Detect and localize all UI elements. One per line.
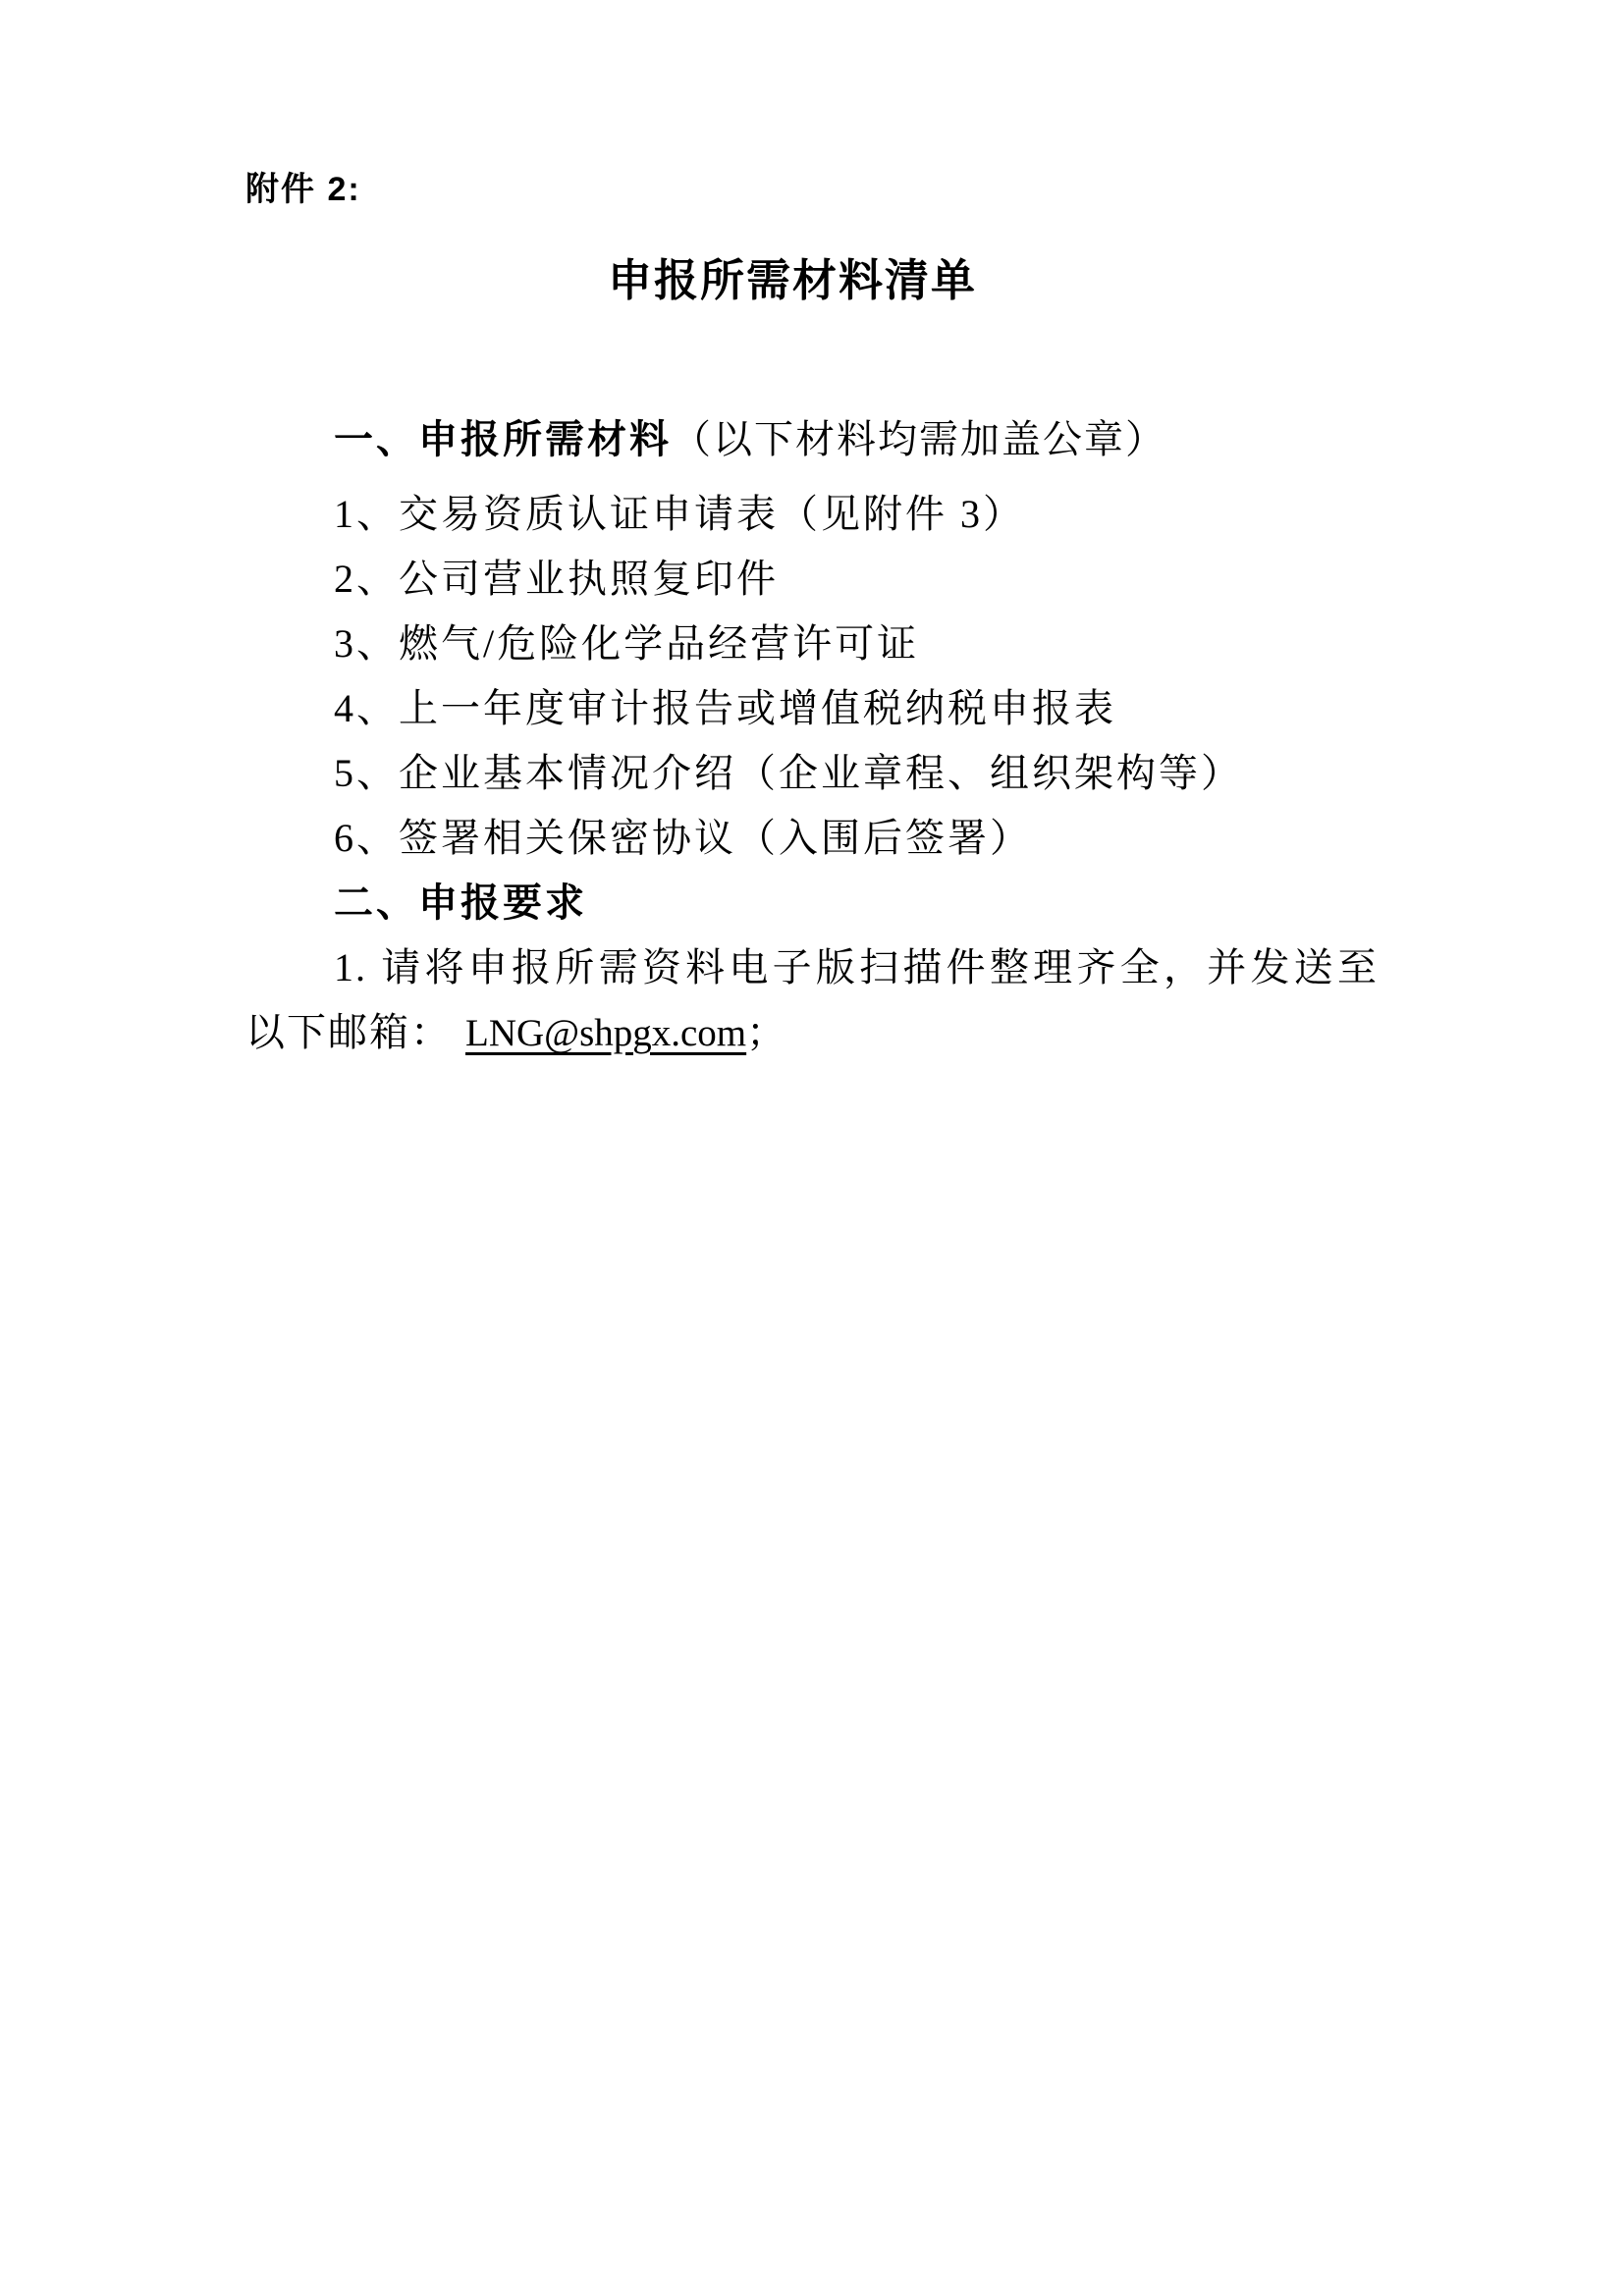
document-title: 申报所需材料清单 [0,253,1585,308]
section1-heading-note: （以下材料均需加盖公章） [672,417,1166,461]
section2-heading: 二、申报要求 [334,880,587,927]
section1-heading-text: 一、申报所需材料 [334,418,672,461]
section2-paragraph-line1: 1. 请将申报所需资料电子版扫描件整理齐全，并发送至 [334,944,1379,991]
list-item-5: 5、企业基本情况介绍（企业章程、组织架构等） [334,750,1243,797]
list-item-6: 6、签署相关保密协议（入围后签署） [334,815,1032,862]
list-item-3: 3、燃气/危险化学品经营许可证 [334,620,919,667]
section2-paragraph-line2: 以下邮箱：LNG@shpgx.com； [245,1009,787,1057]
email-address: LNG@shpgx.com [465,1012,746,1054]
list-item-4: 4、上一年度审计报告或增值税纳税申报表 [334,685,1116,732]
attachment-label: 附件 2: [245,169,361,210]
email-suffix: ； [746,1010,787,1054]
list-item-1: 1、交易资质认证申请表（见附件 3） [334,491,1025,538]
list-item-2: 2、公司营业执照复印件 [334,556,779,603]
email-label: 以下邮箱： [245,1010,452,1054]
section1-heading: 一、申报所需材料（以下材料均需加盖公章） [334,416,1166,463]
document-page: 附件 2: 申报所需材料清单 一、申报所需材料（以下材料均需加盖公章） 1、交易… [0,0,1624,2296]
